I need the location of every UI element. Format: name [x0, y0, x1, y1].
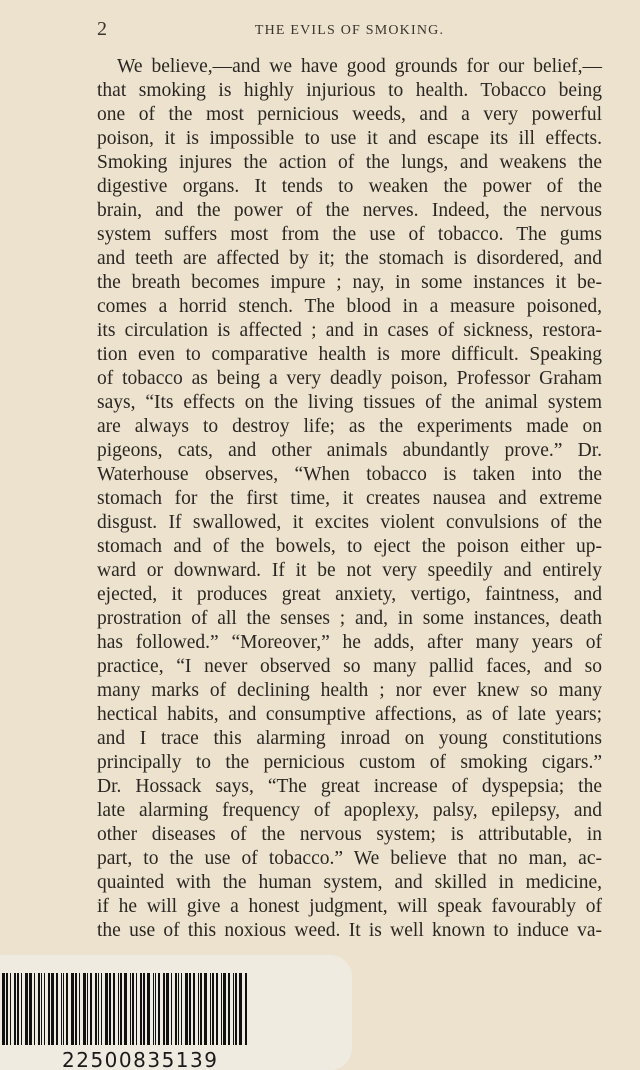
- text-line: digestive organs. It tends to weaken the…: [97, 175, 602, 199]
- text-line: poison, it is impossible to use it and e…: [97, 127, 602, 151]
- running-title: THE EVILS OF SMOKING.: [97, 23, 602, 39]
- text-line: has followed.” “Moreover,” he adds, afte…: [97, 631, 602, 655]
- text-line: many marks of declining health ; nor eve…: [97, 679, 602, 703]
- text-line: prostration of all the senses ; and, in …: [97, 607, 602, 631]
- text-line: tion even to comparative health is more …: [97, 343, 602, 367]
- text-line: and teeth are affected by it; the stomac…: [97, 247, 602, 271]
- text-line: Waterhouse observes, “When tobacco is ta…: [97, 463, 602, 487]
- text-line: system suffers most from the use of toba…: [97, 223, 602, 247]
- text-line: other diseases of the nervous system; is…: [97, 823, 602, 847]
- text-line: and I trace this alarming inroad on youn…: [97, 727, 602, 751]
- text-line: hectical habits, and consumptive affecti…: [97, 703, 602, 727]
- barcode-number: 22500835139: [62, 1048, 218, 1070]
- text-line: brain, and the power of the nerves. Inde…: [97, 199, 602, 223]
- text-line: stomach for the first time, it creates n…: [97, 487, 602, 511]
- text-line: of tobacco as being a very deadly poison…: [97, 367, 602, 391]
- body-text: We believe,—and we have good grounds for…: [97, 55, 602, 943]
- text-line: says, “Its effects on the living tissues…: [97, 391, 602, 415]
- text-line: are always to destroy life; as the exper…: [97, 415, 602, 439]
- page-header: 2 THE EVILS OF SMOKING.: [97, 18, 602, 42]
- text-line: We believe,—and we have good grounds for…: [97, 55, 602, 79]
- barcode-label: 22500835139: [0, 955, 352, 1070]
- text-line: one of the most pernicious weeds, and a …: [97, 103, 602, 127]
- text-line: stomach and of the bowels, to eject the …: [97, 535, 602, 559]
- text-line: Smoking injures the action of the lungs,…: [97, 151, 602, 175]
- text-line: quainted with the human system, and skil…: [97, 871, 602, 895]
- text-line: Dr. Hossack says, “The great increase of…: [97, 775, 602, 799]
- text-line: if he will give a honest judgment, will …: [97, 895, 602, 919]
- text-line: the breath becomes impure ; nay, in some…: [97, 271, 602, 295]
- text-line: that smoking is highly injurious to heal…: [97, 79, 602, 103]
- text-line: part, to the use of tobacco.” We believe…: [97, 847, 602, 871]
- text-line: the use of this noxious weed. It is well…: [97, 919, 602, 943]
- text-line: principally to the pernicious custom of …: [97, 751, 602, 775]
- text-line: its circulation is affected ; and in cas…: [97, 319, 602, 343]
- text-line: pigeons, cats, and other animals abundan…: [97, 439, 602, 463]
- text-line: late alarming frequency of apoplexy, pal…: [97, 799, 602, 823]
- text-line: ejected, it produces great anxiety, vert…: [97, 583, 602, 607]
- text-line: disgust. If swallowed, it excites violen…: [97, 511, 602, 535]
- barcode-icon: [2, 973, 298, 1045]
- text-line: practice, “I never observed so many pall…: [97, 655, 602, 679]
- text-line: comes a horrid stench. The blood in a me…: [97, 295, 602, 319]
- text-line: ward or downward. If it be not very spee…: [97, 559, 602, 583]
